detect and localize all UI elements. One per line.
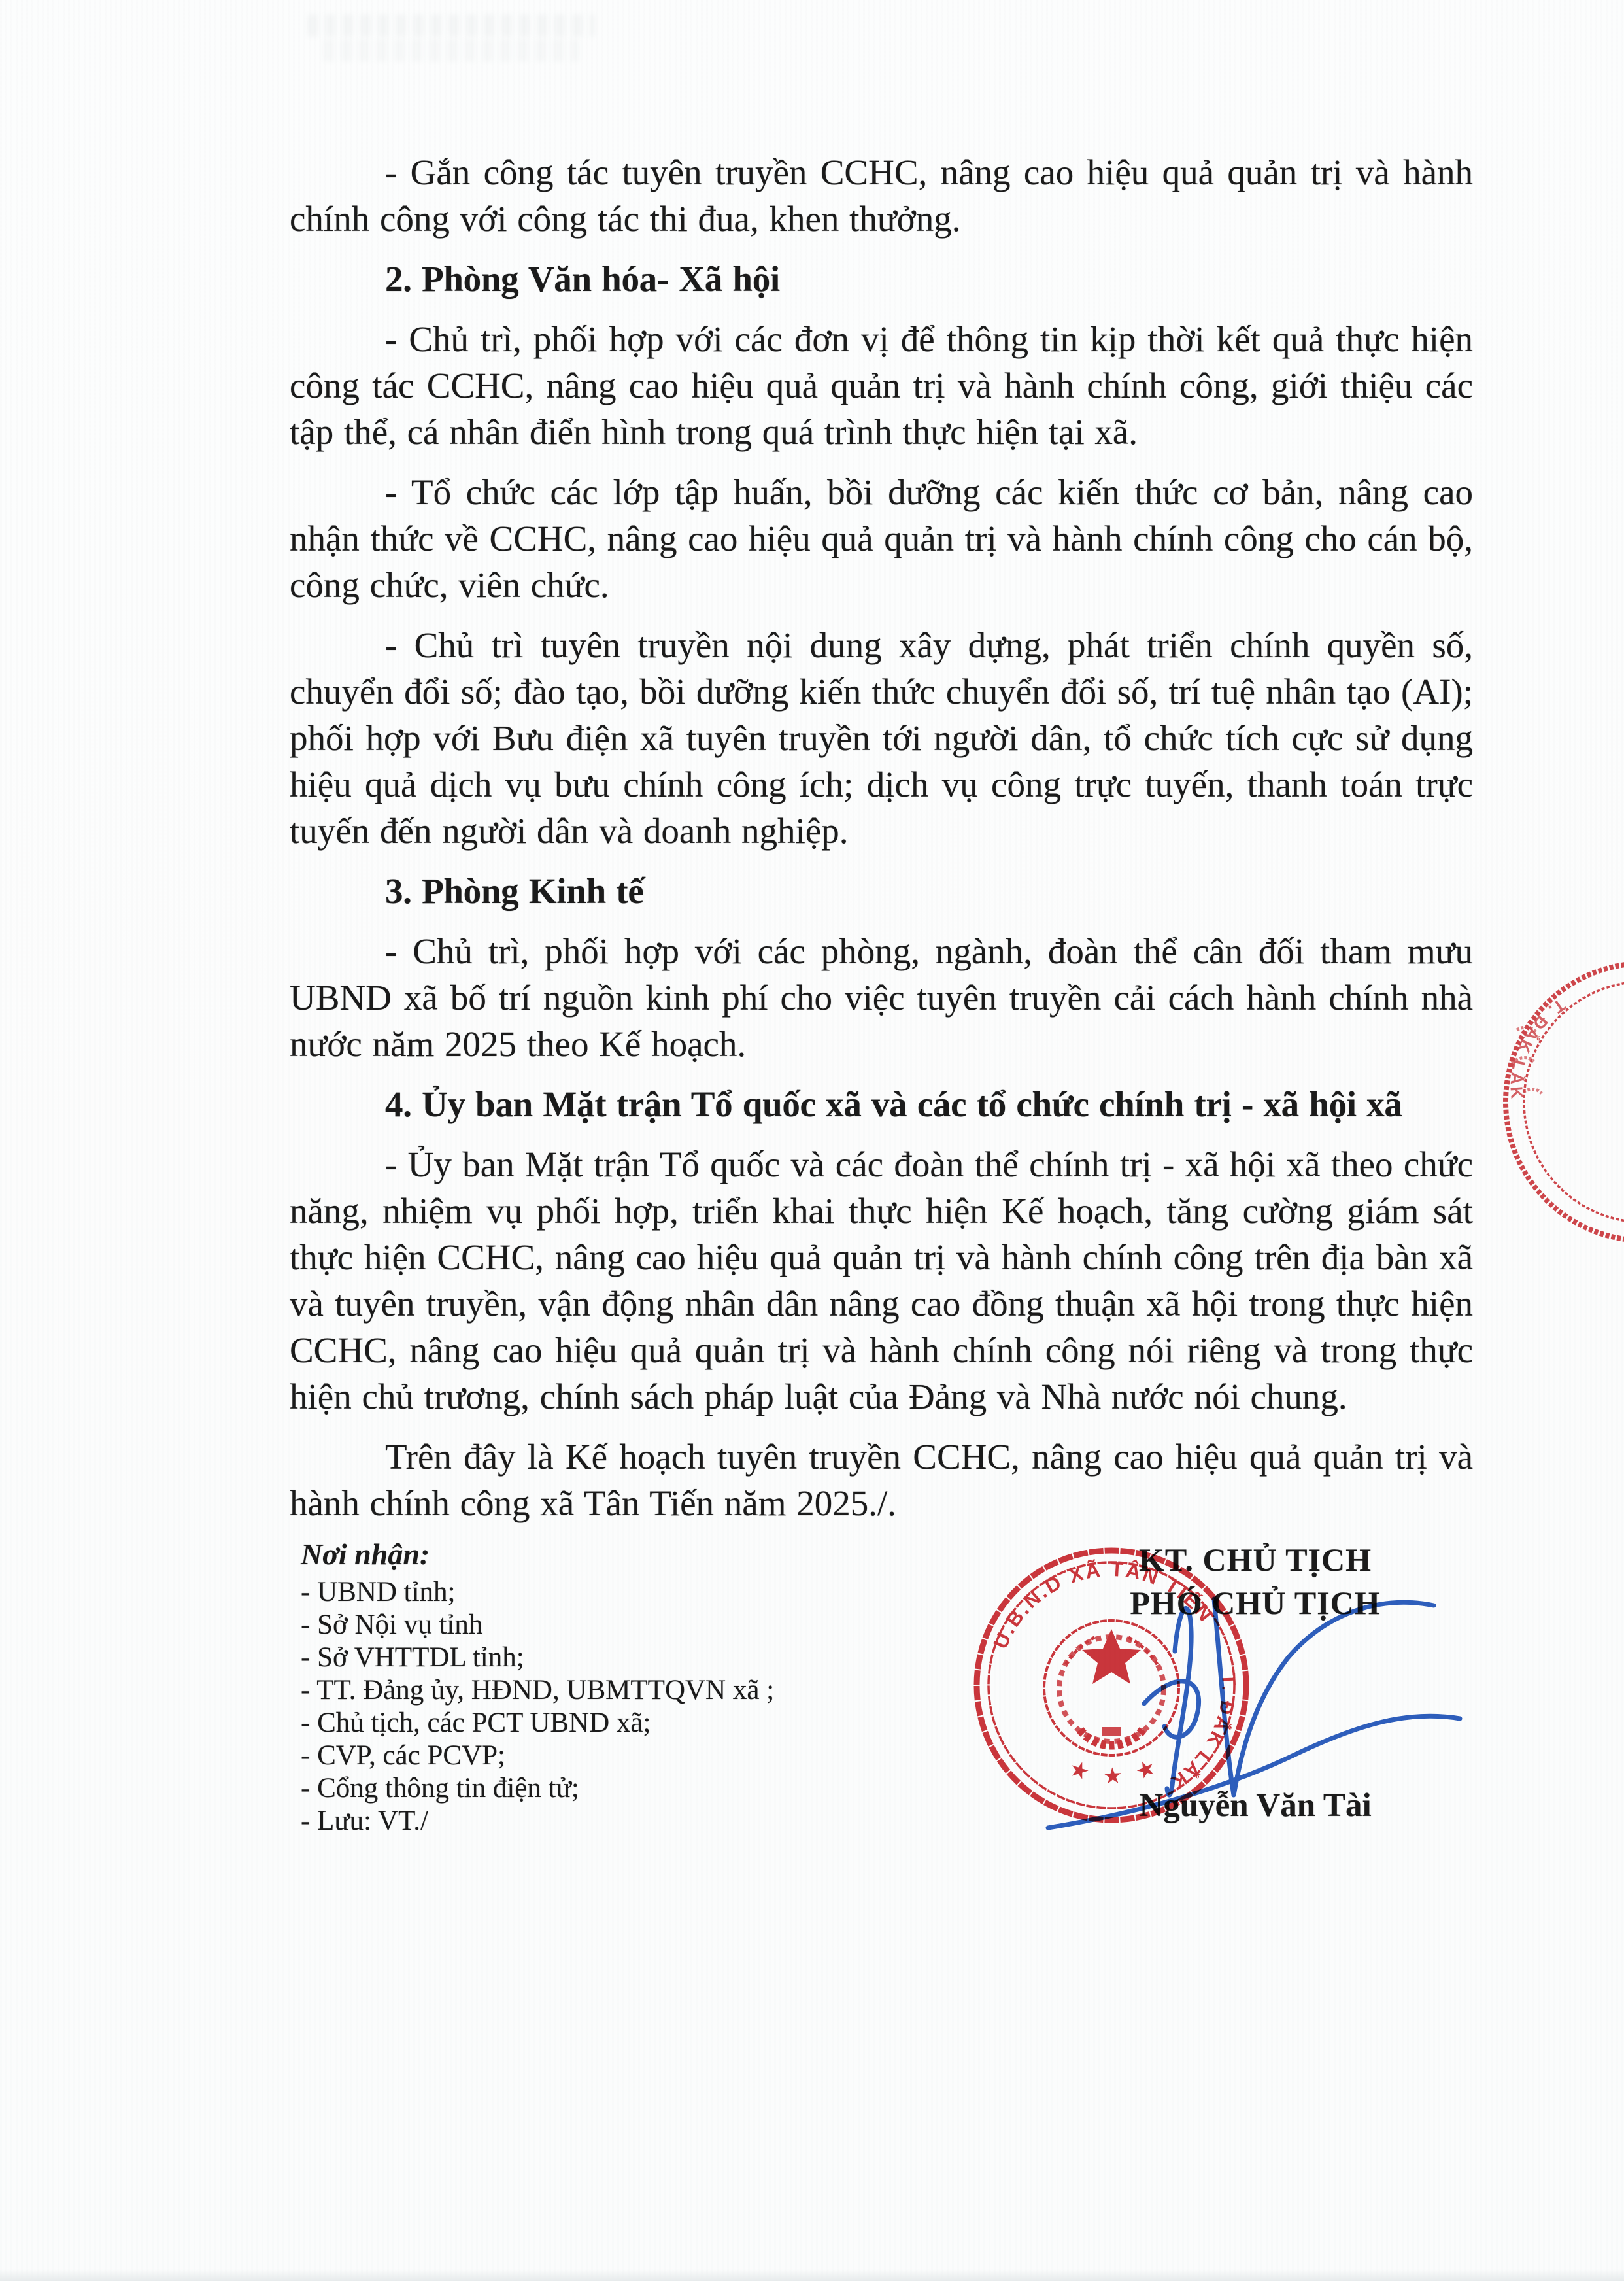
paragraph: - Chủ trì, phối hợp với các phòng, ngành…	[290, 928, 1473, 1067]
list-item: - Sở VHTTDL tỉnh;	[301, 1641, 889, 1674]
section-heading: 2. Phòng Văn hóa- Xã hội	[290, 256, 1473, 302]
section-heading: 3. Phòng Kinh tế	[290, 868, 1473, 914]
list-item: - UBND tỉnh;	[301, 1576, 889, 1609]
section-heading: 4. Ủy ban Mặt trận Tổ quốc xã và các tổ …	[290, 1081, 1473, 1127]
handwritten-signature	[1010, 1569, 1468, 1844]
closing-paragraph: Trên đây là Kế hoạch tuyên truyền CCHC, …	[290, 1433, 1473, 1526]
list-item: - CVP, các PCVP;	[301, 1740, 889, 1772]
paragraph: - Chủ trì, phối hợp với các đơn vị để th…	[290, 316, 1473, 455]
scanned-document-page: - Gắn công tác tuyên truyền CCHC, nâng c…	[0, 0, 1624, 2281]
scan-bottom-edge	[0, 2269, 1624, 2281]
scan-artifact	[307, 14, 595, 37]
document-body: - Gắn công tác tuyên truyền CCHC, nâng c…	[290, 149, 1473, 1526]
recipients-header: Nơi nhận:	[301, 1538, 889, 1571]
list-item: - Chủ tịch, các PCT UBND xã;	[301, 1707, 889, 1740]
list-item: - Sở Nội vụ tỉnh	[301, 1609, 889, 1641]
paragraph: - Ủy ban Mặt trận Tổ quốc và các đoàn th…	[290, 1141, 1473, 1420]
paragraph: - Gắn công tác tuyên truyền CCHC, nâng c…	[290, 149, 1473, 242]
edge-partial-stamp: T. ĐẮK LẮK	[1497, 952, 1624, 1259]
scan-artifact	[324, 39, 579, 61]
list-item: - Cổng thông tin điện tử;	[301, 1772, 889, 1805]
list-item: - Lưu: VT./	[301, 1805, 889, 1838]
list-item: - TT. Đảng ủy, HĐND, UBMTTQVN xã ;	[301, 1674, 889, 1707]
recipients-block: Nơi nhận: - UBND tỉnh; - Sở Nội vụ tỉnh …	[301, 1538, 889, 1838]
paragraph: - Tổ chức các lớp tập huấn, bồi dưỡng cá…	[290, 469, 1473, 608]
paragraph: - Chủ trì tuyên truyền nội dung xây dựng…	[290, 622, 1473, 854]
